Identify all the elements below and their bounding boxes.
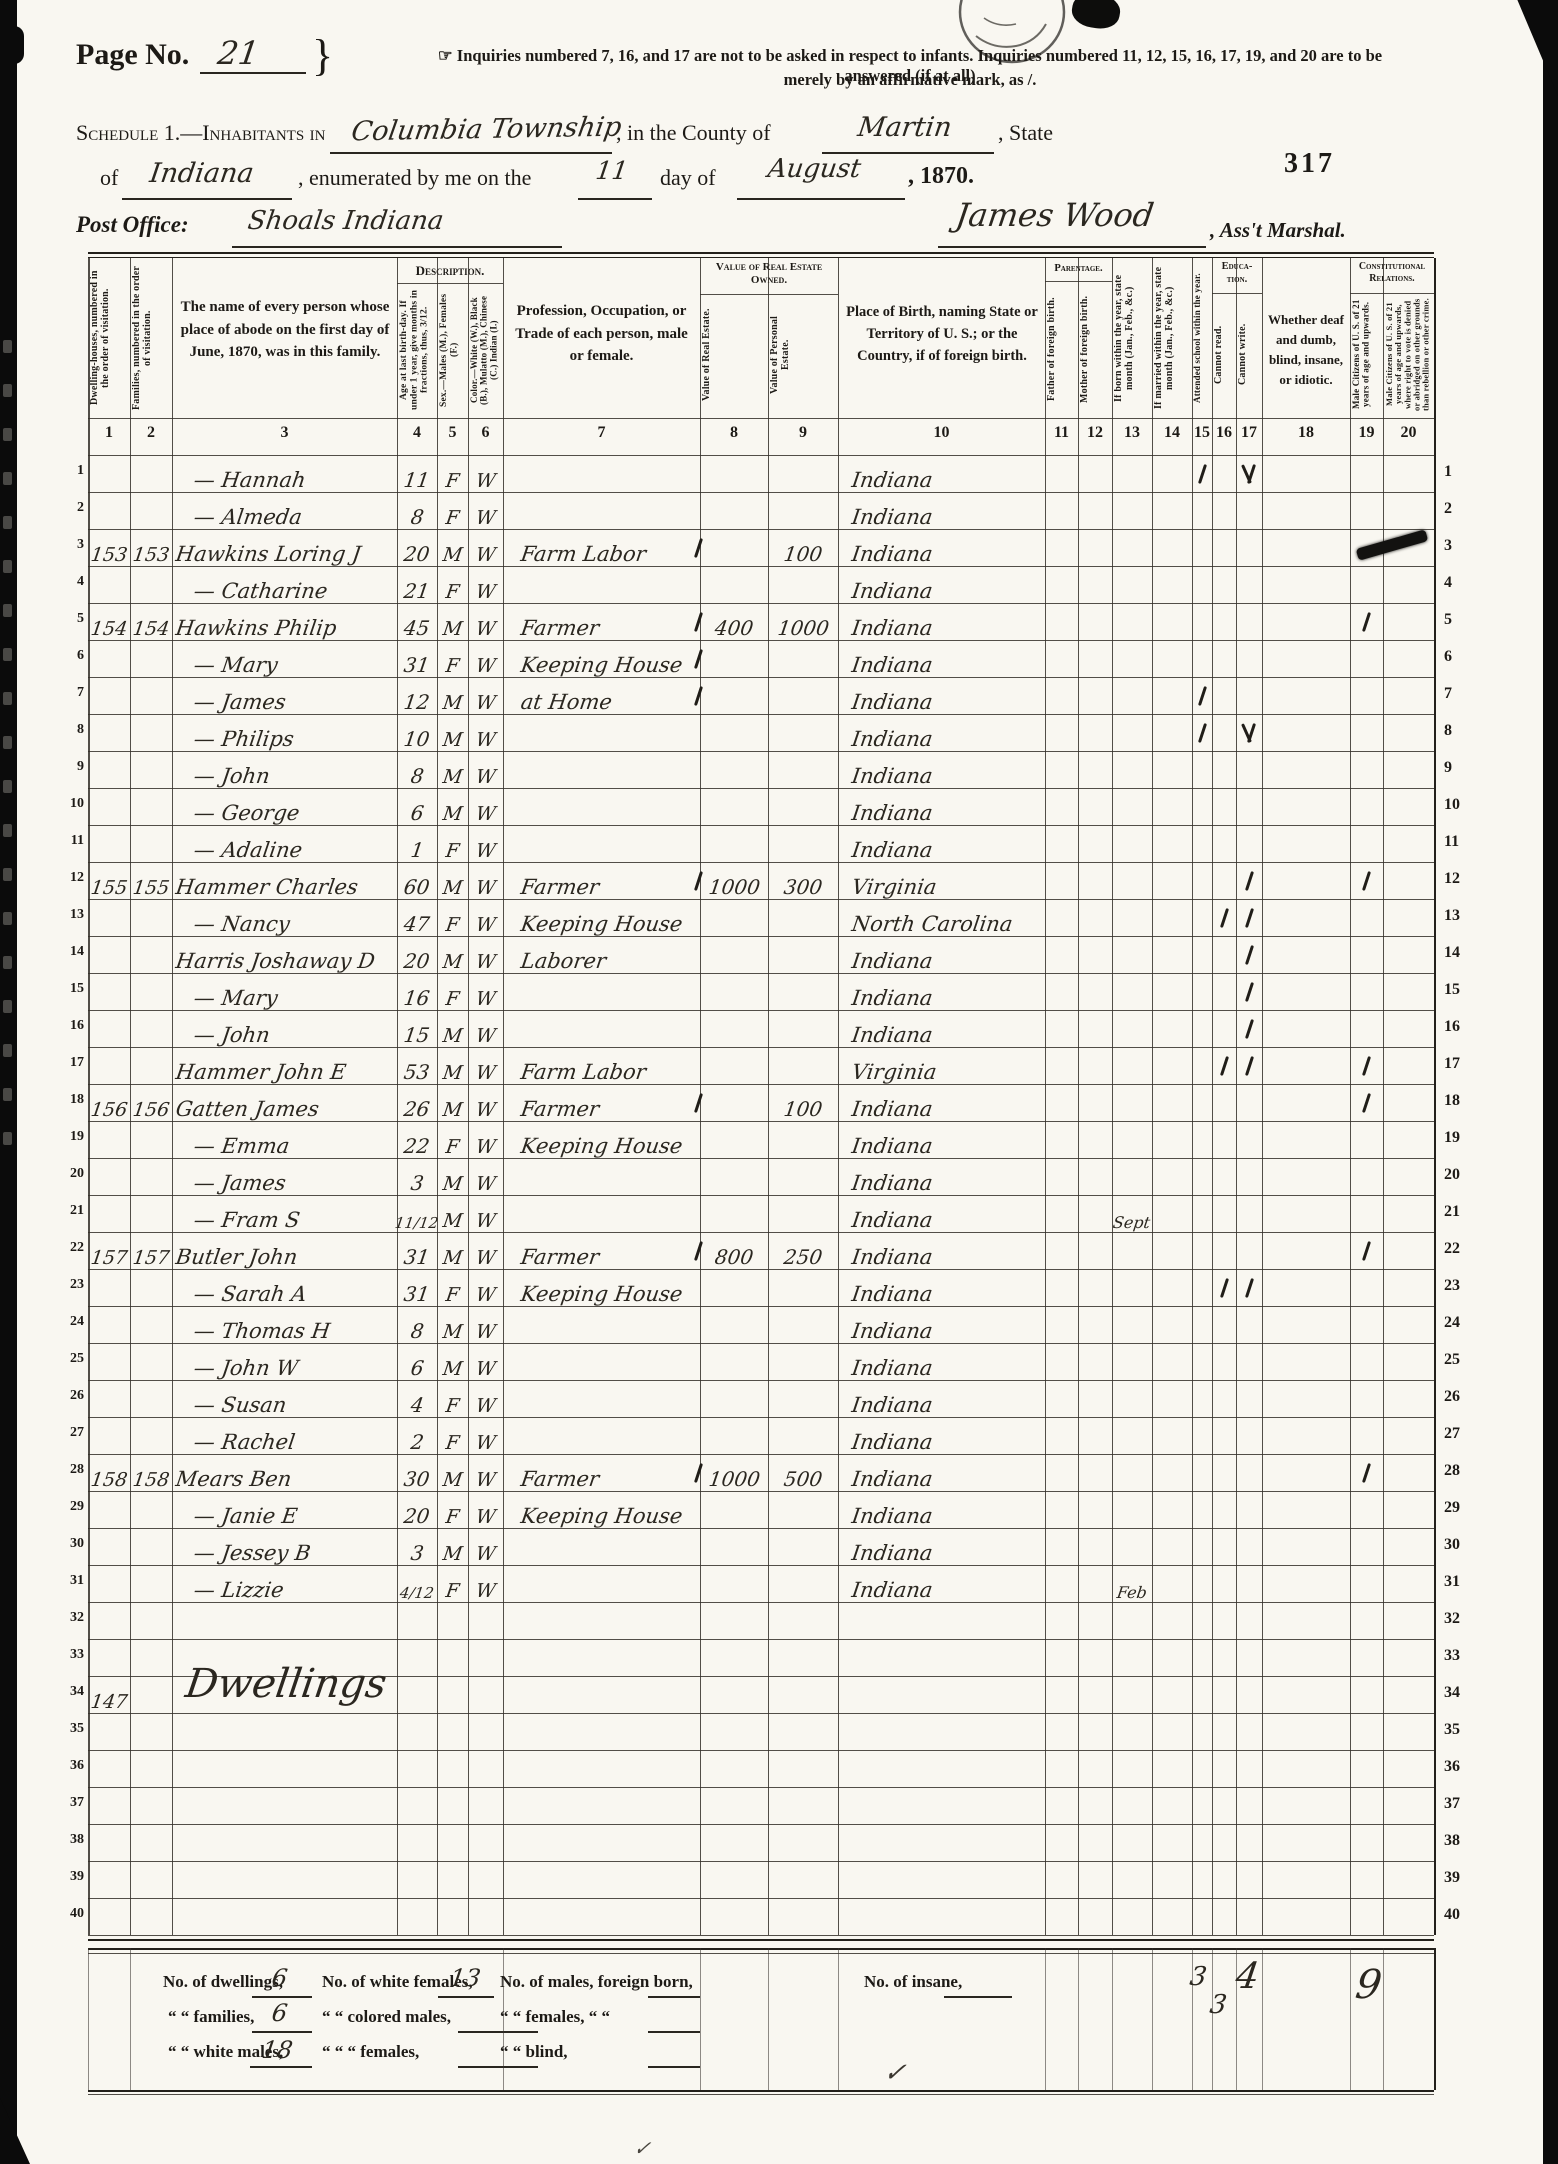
column-number: 9 xyxy=(768,424,838,442)
handwritten-value: W xyxy=(474,729,497,751)
row-number-right: 29 xyxy=(1444,1499,1478,1517)
row-number-left: 1 xyxy=(56,463,84,479)
handwritten-value: 500 xyxy=(782,1467,824,1491)
cell-cx: W xyxy=(468,862,503,899)
cell-bp: Indiana xyxy=(838,1121,1059,1159)
row-number-left: 25 xyxy=(56,1351,84,1367)
cell-bp: Indiana xyxy=(838,566,1059,604)
edge-speck xyxy=(3,648,12,661)
handwritten-value: 31 xyxy=(403,653,432,677)
handwritten-value: Indiana xyxy=(850,764,934,788)
handwritten-value: M xyxy=(441,544,464,566)
footer-vline-right xyxy=(1434,1948,1436,2090)
handwritten-value: 8 xyxy=(409,1319,425,1343)
handwritten-value: 1 xyxy=(409,838,425,862)
row-number-right: 27 xyxy=(1444,1425,1478,1443)
handwritten-value: Keeping House xyxy=(519,1504,684,1528)
row-line xyxy=(88,1787,1434,1788)
footer-tally-figure: 9 xyxy=(1353,1962,1385,2008)
day-of-label: day of xyxy=(660,165,716,191)
row-number-left: 12 xyxy=(56,870,84,886)
cell-sex: M xyxy=(437,1232,468,1269)
handwritten-value: — Susan xyxy=(192,1393,288,1417)
day-value: 11 xyxy=(594,156,630,185)
handwritten-value: — Philips xyxy=(192,727,295,751)
cell-sex: M xyxy=(437,529,468,566)
row-number-left: 39 xyxy=(56,1869,84,1885)
mark-c15 xyxy=(1192,714,1212,751)
cell-bp: Indiana xyxy=(838,1343,1059,1381)
cell-sex: F xyxy=(437,973,468,1010)
row-number-right: 18 xyxy=(1444,1092,1478,1110)
brace: } xyxy=(312,30,333,81)
grid-vline xyxy=(1262,258,1263,1935)
handwritten-value: Sept xyxy=(1112,1213,1152,1232)
handwritten-value: F xyxy=(444,507,460,529)
handwritten-value: — Mary xyxy=(192,986,279,1010)
footer-families-label: “ “ families, xyxy=(168,2007,254,2027)
handwritten-value: W xyxy=(474,1025,497,1047)
cell-cx: W xyxy=(468,1084,503,1121)
cell-name: — Catharine xyxy=(172,566,419,605)
footer-tally-figure: 3 xyxy=(1208,1990,1229,2020)
row-number-right: 28 xyxy=(1444,1462,1478,1480)
mark-c16 xyxy=(1212,1269,1236,1306)
grid-vline xyxy=(1078,258,1079,1935)
column-number: 16 xyxy=(1212,424,1236,442)
cell-name: — Susan xyxy=(172,1380,419,1419)
tally-tick xyxy=(1244,1056,1253,1076)
row-number-right: 25 xyxy=(1444,1351,1478,1369)
handwritten-value: Keeping House xyxy=(519,1134,684,1158)
column-number: 13 xyxy=(1112,424,1152,442)
handwritten-value: Indiana xyxy=(850,1282,934,1306)
handwritten-value: Indiana xyxy=(850,1393,934,1417)
tally-tick xyxy=(1362,1093,1371,1113)
cell-name: — Philips xyxy=(172,714,419,753)
cell-cx: W xyxy=(468,1232,503,1269)
cell-pe: 500 xyxy=(768,1454,838,1491)
handwritten-value: 800 xyxy=(713,1245,755,1269)
cell-age: 31 xyxy=(397,1269,437,1306)
cell-sex: M xyxy=(437,1454,468,1491)
handwritten-value: — John xyxy=(192,1023,271,1047)
cell-dw: 158 xyxy=(88,1454,130,1491)
footer-line-dwellings xyxy=(252,1996,312,1998)
cell-bp: Indiana xyxy=(838,936,1059,974)
footer-foreign-females-label: “ “ females, “ “ xyxy=(500,2007,610,2027)
row-number-left: 5 xyxy=(56,611,84,627)
handwritten-value: 8 xyxy=(409,764,425,788)
footer-colored-females-label: “ “ “ females, xyxy=(322,2042,419,2062)
handwritten-value: Indiana xyxy=(850,1504,934,1528)
handwritten-value: F xyxy=(444,1284,460,1306)
state-suffix: , State xyxy=(998,120,1053,146)
grid-vline xyxy=(1192,258,1193,1935)
edge-speck xyxy=(3,1132,12,1145)
handwritten-value: — Jessey B xyxy=(192,1541,312,1565)
col-header-age: Age at last birth-day. If under 1 year, … xyxy=(399,288,435,412)
cell-cx: W xyxy=(468,825,503,862)
edge-speck xyxy=(3,912,12,925)
row-number-left: 2 xyxy=(56,500,84,516)
row-number-right: 6 xyxy=(1444,648,1478,666)
post-office-underline xyxy=(232,246,562,248)
handwritten-value: 1000 xyxy=(707,875,761,899)
row-number-left: 31 xyxy=(56,1573,84,1589)
column-number: 4 xyxy=(397,424,437,442)
grid-vline xyxy=(1152,258,1153,1935)
handwritten-value: Indiana xyxy=(850,1356,934,1380)
handwritten-value: 30 xyxy=(403,1467,432,1491)
footer-line-foreign-females xyxy=(648,2031,700,2033)
handwritten-value: 154 xyxy=(89,618,128,640)
column-number: 12 xyxy=(1078,424,1112,442)
handwritten-value: 21 xyxy=(403,579,432,603)
footer-bottom-rule-2 xyxy=(88,2094,1434,2095)
mark-occ xyxy=(503,862,708,899)
mark-c17 xyxy=(1236,1269,1262,1306)
handwritten-value: W xyxy=(474,914,497,936)
row-number-left: 6 xyxy=(56,648,84,664)
census-schedule-page: Page No. 21 } ☞ Inquiries numbered 7, 16… xyxy=(0,0,1558,2164)
cell-name: Hammer Charles xyxy=(172,862,401,901)
cell-dw: 156 xyxy=(88,1084,130,1121)
cell-age: 8 xyxy=(397,1306,437,1343)
cell-age: 20 xyxy=(397,529,437,566)
handwritten-value: Dwellings xyxy=(183,1661,390,1707)
county-value: Martin xyxy=(856,112,954,143)
cell-re: 400 xyxy=(700,603,768,640)
stray-check-mark: ✓ xyxy=(632,2136,652,2160)
handwritten-value: W xyxy=(474,655,497,677)
cell-sex: M xyxy=(437,1195,468,1232)
edge-speck xyxy=(3,516,12,529)
cell-age: 15 xyxy=(397,1010,437,1047)
handwritten-value: 26 xyxy=(403,1097,432,1121)
edge-speck xyxy=(3,604,12,617)
handwritten-value: M xyxy=(441,1358,464,1380)
handwritten-value: M xyxy=(441,1543,464,1565)
handwritten-value: W xyxy=(474,1432,497,1454)
edge-speck xyxy=(3,384,12,397)
tally-tick xyxy=(1244,1019,1253,1039)
tally-tick xyxy=(1197,464,1206,484)
cell-cx: W xyxy=(468,1417,503,1454)
cell-age: 8 xyxy=(397,751,437,788)
col-header-real-estate: Value of Real Estate. xyxy=(702,300,766,410)
cell-name: — Nancy xyxy=(172,899,419,938)
cell-age: 47 xyxy=(397,899,437,936)
footer-line-blind xyxy=(648,2066,700,2068)
tally-tick xyxy=(1219,908,1228,928)
handwritten-value: 250 xyxy=(782,1245,824,1269)
handwritten-value: M xyxy=(441,618,464,640)
tally-tick xyxy=(1362,612,1371,632)
row-line xyxy=(88,1639,1434,1640)
cell-re: 800 xyxy=(700,1232,768,1269)
col-header-personal-estate: Value of Personal Estate. xyxy=(770,300,836,410)
handwritten-value: 6 xyxy=(409,801,425,825)
edge-speck xyxy=(3,1088,12,1101)
footer-families-value: 6 xyxy=(270,1999,289,2027)
handwritten-value: W xyxy=(474,803,497,825)
grid-vline xyxy=(1112,258,1113,1935)
footer-vline xyxy=(1350,1948,1351,2090)
column-number: 5 xyxy=(437,424,468,442)
footer-vline xyxy=(88,1948,89,2090)
cell-sex: M xyxy=(437,677,468,714)
cell-age: 1 xyxy=(397,825,437,862)
page-no-value: 21 xyxy=(215,34,261,72)
edge-speck xyxy=(3,428,12,441)
mark-c16 xyxy=(1212,1047,1236,1084)
handwritten-value: Feb xyxy=(1116,1583,1149,1602)
cell-age: 11/12 xyxy=(397,1195,437,1232)
edge-speck xyxy=(3,1044,12,1057)
handwritten-value: W xyxy=(474,1284,497,1306)
row-number-left: 27 xyxy=(56,1425,84,1441)
handwritten-value: Indiana xyxy=(850,542,934,566)
tally-tick xyxy=(1362,1463,1371,1483)
col-header-profession: Profession, Occupation, or Trade of each… xyxy=(508,300,695,368)
handwritten-value: Indiana xyxy=(850,1134,934,1158)
col-header-born-month: If born within the year, state month (Ja… xyxy=(1114,264,1150,412)
cell-cx: W xyxy=(468,899,503,936)
handwritten-value: Laborer xyxy=(519,949,607,973)
cell-age: 16 xyxy=(397,973,437,1010)
row-number-left: 30 xyxy=(56,1536,84,1552)
handwritten-value: Virginia xyxy=(850,875,938,899)
cell-name: — Lizzie xyxy=(172,1565,419,1604)
row-line xyxy=(88,1935,1434,1936)
row-number-left: 37 xyxy=(56,1795,84,1811)
row-number-right: 9 xyxy=(1444,759,1478,777)
row-number-left: 4 xyxy=(56,574,84,590)
handwritten-value: M xyxy=(441,766,464,788)
month-value: August xyxy=(766,154,863,184)
handwritten-value: Farm Labor xyxy=(519,1060,647,1084)
handwritten-value: M xyxy=(441,877,464,899)
row-number-right: 39 xyxy=(1444,1869,1478,1887)
row-number-right: 38 xyxy=(1444,1832,1478,1850)
cell-sex: F xyxy=(437,492,468,529)
handwritten-value: F xyxy=(444,1580,460,1602)
cell-name: Gatten James xyxy=(172,1084,401,1123)
handwritten-value: 157 xyxy=(131,1247,170,1269)
handwritten-value: M xyxy=(441,1062,464,1084)
cell-name: — James xyxy=(172,677,419,716)
cell-sex: M xyxy=(437,788,468,825)
scan-edge-left xyxy=(0,0,17,2164)
handwritten-value: 53 xyxy=(403,1060,432,1084)
cell-bp: Indiana xyxy=(838,788,1059,826)
scan-edge-right xyxy=(1543,0,1558,2164)
cell-fam: 156 xyxy=(130,1084,172,1121)
handwritten-value: 2 xyxy=(409,1430,425,1454)
cell-sex: F xyxy=(437,1417,468,1454)
handwritten-value: 157 xyxy=(89,1247,128,1269)
row-number-left: 32 xyxy=(56,1610,84,1626)
handwritten-value: 60 xyxy=(403,875,432,899)
handwritten-value: 153 xyxy=(89,544,128,566)
handwritten-value: Indiana xyxy=(850,1578,934,1602)
mark-c19 xyxy=(1350,1084,1383,1121)
cell-bp: Indiana xyxy=(838,1269,1059,1307)
handwritten-value: W xyxy=(474,951,497,973)
page-stamp-number: 317 xyxy=(1284,148,1335,180)
cell-sex: F xyxy=(437,1565,468,1602)
tally-tick xyxy=(1362,871,1371,891)
handwritten-value: F xyxy=(444,470,460,492)
cell-cx: W xyxy=(468,677,503,714)
handwritten-value: W xyxy=(474,470,497,492)
row-number-left: 26 xyxy=(56,1388,84,1404)
tally-tick xyxy=(1244,982,1253,1002)
handwritten-value: W xyxy=(474,988,497,1010)
handwritten-value: W xyxy=(474,1321,497,1343)
state-value: Indiana xyxy=(148,158,256,189)
edge-speck xyxy=(3,1000,12,1013)
mark-c19 xyxy=(1350,862,1383,899)
cell-name: — Sarah A xyxy=(172,1269,419,1308)
cell-age: 3 xyxy=(397,1528,437,1565)
row-number-left: 35 xyxy=(56,1721,84,1737)
handwritten-value: W xyxy=(474,618,497,640)
col-header-married-month: If married within the year, state month … xyxy=(1154,264,1190,412)
row-number-left: 13 xyxy=(56,907,84,923)
edge-speck xyxy=(3,692,12,705)
row-line xyxy=(88,1750,1434,1751)
column-number: 7 xyxy=(503,424,700,442)
cell-c13: Sept xyxy=(1112,1195,1152,1232)
cell-bp: Indiana xyxy=(838,455,1059,493)
cell-sex: M xyxy=(437,1306,468,1343)
row-number-left: 28 xyxy=(56,1462,84,1478)
grid-vline xyxy=(1383,258,1384,1935)
row-number-right: 17 xyxy=(1444,1055,1478,1073)
row-line xyxy=(88,1898,1434,1899)
col-header-name: The name of every person whose place of … xyxy=(180,296,390,364)
handwritten-value: M xyxy=(441,803,464,825)
page-no-underline xyxy=(200,72,306,74)
rule-constitutional xyxy=(1350,293,1434,294)
cell-dw: 153 xyxy=(88,529,130,566)
handwritten-value: 155 xyxy=(131,877,170,899)
footer-line-white-females xyxy=(438,1996,494,1998)
row-number-right: 8 xyxy=(1444,722,1478,740)
handwritten-value: W xyxy=(474,692,497,714)
handwritten-value: 31 xyxy=(403,1245,432,1269)
handwritten-value: — Thomas H xyxy=(192,1319,331,1343)
footer-tally-figure: 4 xyxy=(1233,1956,1262,1997)
handwritten-value: Butler John xyxy=(174,1245,299,1269)
row-number-right: 11 xyxy=(1444,833,1478,851)
cell-cx: W xyxy=(468,1528,503,1565)
cell-cx: W xyxy=(468,603,503,640)
col-header-deaf-dumb: Whether deaf and dumb, blind, insane, or… xyxy=(1264,310,1348,391)
cell-name: — Jessey B xyxy=(172,1528,419,1567)
handwritten-value: 158 xyxy=(131,1469,170,1491)
handwritten-value: Indiana xyxy=(850,949,934,973)
handwritten-value: M xyxy=(441,1025,464,1047)
handwritten-value: M xyxy=(441,1173,464,1195)
edge-speck xyxy=(3,736,12,749)
cell-age: 10 xyxy=(397,714,437,751)
row-number-left: 17 xyxy=(56,1055,84,1071)
handwritten-value: F xyxy=(444,988,460,1010)
row-number-left: 24 xyxy=(56,1314,84,1330)
cell-name: — Janie E xyxy=(172,1491,419,1530)
mark-c17 xyxy=(1236,936,1262,973)
month-underline xyxy=(737,198,905,200)
cell-age: 6 xyxy=(397,788,437,825)
column-number: 1 xyxy=(88,424,130,442)
cell-name: — Rachel xyxy=(172,1417,419,1456)
cell-sex: M xyxy=(437,1528,468,1565)
handwritten-value: Indiana xyxy=(850,1430,934,1454)
row-number-left: 11 xyxy=(56,833,84,849)
cell-bp: Indiana xyxy=(838,492,1059,530)
footer-insane-label: No. of insane, xyxy=(864,1972,962,1992)
handwritten-value: 147 xyxy=(89,1691,128,1713)
cell-pe: 300 xyxy=(768,862,838,899)
cell-c13: Feb xyxy=(1112,1565,1152,1602)
row-number-right: 20 xyxy=(1444,1166,1478,1184)
row-number-left: 16 xyxy=(56,1018,84,1034)
row-number-left: 7 xyxy=(56,685,84,701)
handwritten-value: 20 xyxy=(403,542,432,566)
row-number-right: 23 xyxy=(1444,1277,1478,1295)
handwritten-value: 3 xyxy=(409,1541,425,1565)
mark-c15 xyxy=(1192,455,1212,492)
col-header-sex: Sex.—Males (M.), Females (F.) xyxy=(439,288,466,412)
handwritten-value: Indiana xyxy=(850,616,934,640)
row-number-left: 21 xyxy=(56,1203,84,1219)
column-number: 17 xyxy=(1236,424,1262,442)
column-number: 2 xyxy=(130,424,172,442)
row-number-right: 35 xyxy=(1444,1721,1478,1739)
row-number-left: 22 xyxy=(56,1240,84,1256)
edge-speck xyxy=(3,560,12,573)
cell-age: 2 xyxy=(397,1417,437,1454)
cell-pe: 250 xyxy=(768,1232,838,1269)
footer-vline xyxy=(768,1948,769,2090)
col-header-male-citizens: Male Citizens of U. S. of 21 years of ag… xyxy=(1352,297,1381,412)
handwritten-value: Hammer Charles xyxy=(174,875,359,899)
col-header-color: Color.—White (W.), Black (B.), Mulatto (… xyxy=(470,288,501,412)
cell-cx: W xyxy=(468,936,503,973)
mark-occ xyxy=(503,640,708,677)
row-number-right: 13 xyxy=(1444,907,1478,925)
handwritten-value: Indiana xyxy=(850,505,934,529)
cell-sex: M xyxy=(437,751,468,788)
cell-pe: 1000 xyxy=(768,603,838,640)
handwritten-value: Indiana xyxy=(850,801,934,825)
cell-sex: M xyxy=(437,936,468,973)
col-header-birthplace: Place of Birth, naming State or Territor… xyxy=(844,302,1040,367)
handwritten-value: — Hannah xyxy=(192,468,307,492)
cell-fam: 155 xyxy=(130,862,172,899)
table-bottom-rule xyxy=(88,1939,1434,1941)
row-number-left: 29 xyxy=(56,1499,84,1515)
handwritten-value: M xyxy=(441,1099,464,1121)
row-number-right: 31 xyxy=(1444,1573,1478,1591)
column-number: 20 xyxy=(1383,424,1434,442)
handwritten-value: Indiana xyxy=(850,1023,934,1047)
handwritten-value: Virginia xyxy=(850,1060,938,1084)
cell-cx: W xyxy=(468,1269,503,1306)
